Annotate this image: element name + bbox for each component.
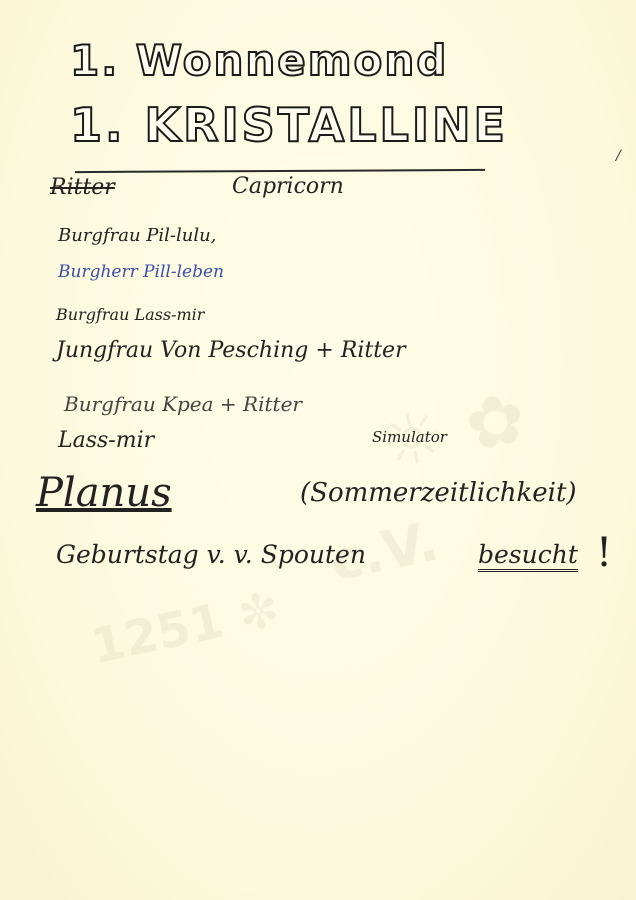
heading-wonnemond: 1. Wonnemond xyxy=(70,36,448,85)
entry-besucht: besucht xyxy=(478,540,578,572)
exclamation-mark: ! xyxy=(596,530,612,576)
struck-name: Ritter xyxy=(50,175,115,200)
show-through-ink: 1251 ✼ xyxy=(86,581,284,675)
entry-line-6: Lass-mir xyxy=(58,428,154,453)
entry-simulator: Simulator xyxy=(372,428,447,446)
notebook-page: ☼ ✿ c.V. 1251 ✼ 1. Wonnemond 1. KRISTALL… xyxy=(0,0,636,900)
entry-line-2-blue: Burgherr Pill-leben xyxy=(58,262,224,282)
entry-birthday: Geburtstag v. v. Spouten xyxy=(56,540,366,569)
heading-kristalline: 1. KRISTALLINE xyxy=(70,98,508,152)
margin-mark: / xyxy=(616,148,621,164)
entry-line-4: Jungfrau Von Pesching + Ritter xyxy=(56,338,406,363)
entry-line-1: Burgfrau Pil-lulu, xyxy=(58,225,216,246)
horizontal-rule xyxy=(75,169,485,173)
entry-line-5: Burgfrau Kpea + Ritter xyxy=(64,392,302,416)
entry-line-3: Burgfrau Lass-mir xyxy=(56,305,204,324)
entry-capricorn: Capricorn xyxy=(232,174,344,199)
entry-planus-note: (Sommerzeitlichkeit) xyxy=(300,478,577,508)
entry-planus: Planus xyxy=(36,470,172,516)
